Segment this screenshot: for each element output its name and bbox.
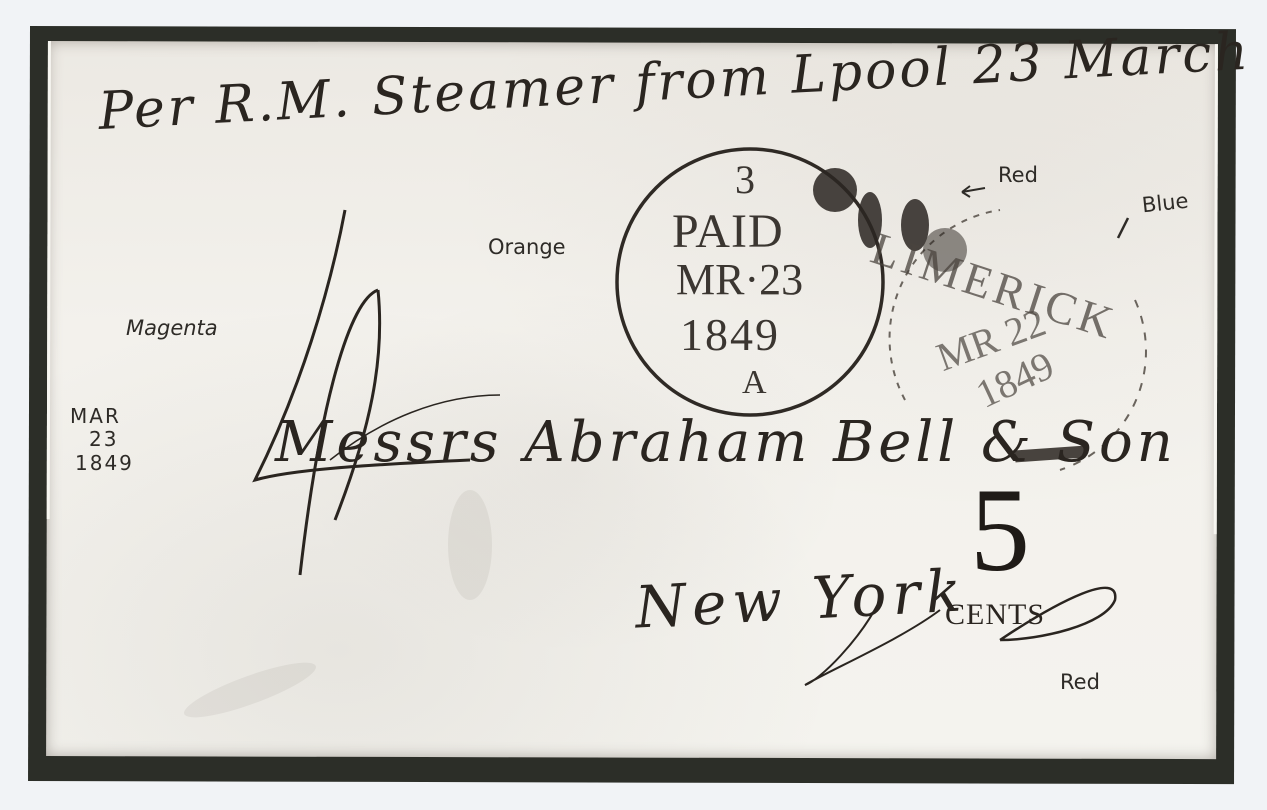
due-mark-numeral: 5 [970,470,1030,590]
annotation-date-month: MAR [70,405,121,427]
annotation-red-top: Red [998,165,1038,186]
pointer-slash-icon [1118,218,1128,238]
addressee-handwriting: Messrs Abraham Bell & Son [275,410,1177,475]
annotation-date-year: 1849 [75,452,134,474]
paid-cds-code: A [742,366,767,400]
annotation-blue: Blue [1141,191,1189,217]
annotation-red-bottom: Red [1060,672,1100,693]
paid-cds-date: MR·23 [676,258,803,302]
paid-cds-year: 1849 [680,312,780,358]
annotation-magenta: Magenta [126,318,218,339]
annotation-orange: Orange [488,237,566,258]
paid-cds-rate: 3 [735,160,755,200]
arrow-icon [962,186,985,197]
annotation-date-day: 23 [89,428,118,450]
paid-cds-label: PAID [672,208,784,256]
